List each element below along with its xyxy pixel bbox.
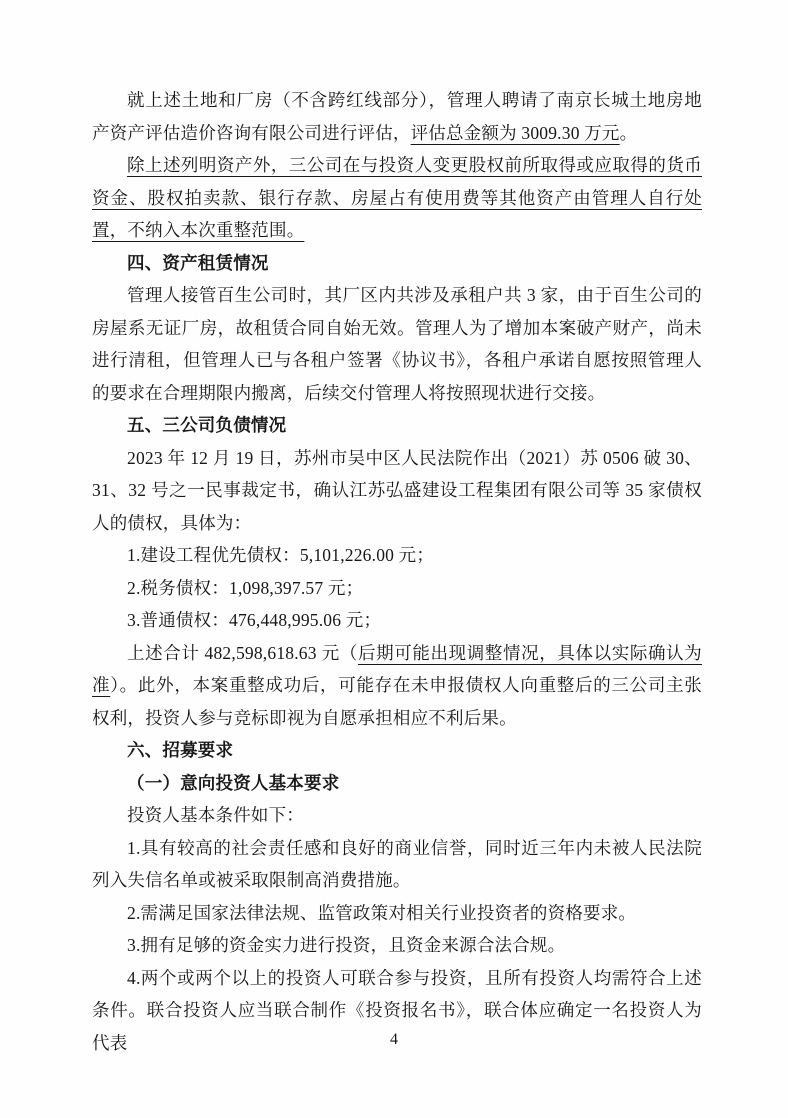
text-segment: 。 (620, 123, 638, 143)
text-segment: 上述合计 482,598,618.63 元（ (127, 643, 358, 663)
text-segment: ）。此外，本案重整成功后，可能存在未申报债权人向重整后的三公司主张权利，投资人参… (92, 675, 702, 728)
section-heading-asset-lease: 四、资产租赁情况 (92, 247, 702, 280)
page-number: 4 (0, 1028, 788, 1052)
heading-text: 五、三公司负债情况 (127, 415, 286, 435)
underlined-text: 除上述列明资产外，三公司在与投资人变更股权前所取得或应取得的货币资金、股权拍卖款… (92, 155, 702, 240)
page-content: 就上述土地和厂房（不含跨红线部分），管理人聘请了南京长城土地房地产资产评估造价咨… (92, 84, 702, 1059)
text-segment: 1.建设工程优先债权：5,101,226.00 元； (127, 545, 434, 565)
text-segment: 管理人接管百生公司时，其厂区内共涉及承租户共 3 家，由于百生公司的房屋系无证厂… (92, 285, 702, 403)
claim-item-ordinary: 3.普通债权：476,448,995.06 元； (92, 604, 702, 637)
section-heading-liabilities: 五、三公司负债情况 (92, 409, 702, 442)
condition-item-1: 1.具有较高的社会责任感和良好的商业信誉，同时近三年内未被人民法院列入失信名单或… (92, 832, 702, 897)
heading-text: 四、资产租赁情况 (127, 253, 269, 273)
claim-item-construction: 1.建设工程优先债权：5,101,226.00 元； (92, 539, 702, 572)
text-segment: 投资人基本条件如下： (127, 805, 304, 825)
asset-lease-paragraph: 管理人接管百生公司时，其厂区内共涉及承租户共 3 家，由于百生公司的房屋系无证厂… (92, 279, 702, 409)
condition-item-2: 2.需满足国家法律法规、监管政策对相关行业投资者的资格要求。 (92, 897, 702, 930)
text-segment: 3.拥有足够的资金实力进行投资，且资金来源合法合规。 (127, 935, 565, 955)
text-segment: 3.普通债权：476,448,995.06 元； (127, 610, 381, 630)
text-segment: 2.需满足国家法律法规、监管政策对相关行业投资者的资格要求。 (127, 903, 636, 923)
text-segment: 2.税务债权：1,098,397.57 元； (127, 578, 363, 598)
condition-item-3: 3.拥有足够的资金实力进行投资，且资金来源合法合规。 (92, 929, 702, 962)
section-heading-recruitment: 六、招募要求 (92, 734, 702, 767)
document-page: 就上述土地和厂房（不含跨红线部分），管理人聘请了南京长城土地房地产资产评估造价咨… (0, 0, 788, 1118)
text-segment: 2023 年 12 月 19 日，苏州市吴中区人民法院作出（2021）苏 050… (92, 448, 702, 533)
excluded-assets-paragraph: 除上述列明资产外，三公司在与投资人变更股权前所取得或应取得的货币资金、股权拍卖款… (92, 149, 702, 247)
court-ruling-paragraph: 2023 年 12 月 19 日，苏州市吴中区人民法院作出（2021）苏 050… (92, 442, 702, 540)
text-segment: 1.具有较高的社会责任感和良好的商业信誉，同时近三年内未被人民法院列入失信名单或… (92, 838, 702, 891)
heading-text: （一）意向投资人基本要求 (127, 773, 339, 793)
claims-total-paragraph: 上述合计 482,598,618.63 元（后期可能出现调整情况，具体以实际确认… (92, 637, 702, 735)
claim-item-tax: 2.税务债权：1,098,397.57 元； (92, 572, 702, 605)
investor-conditions-intro: 投资人基本条件如下： (92, 799, 702, 832)
valuation-paragraph: 就上述土地和厂房（不含跨红线部分），管理人聘请了南京长城土地房地产资产评估造价咨… (92, 84, 702, 149)
heading-text: 六、招募要求 (127, 740, 233, 760)
underlined-text: 评估总金额为 3009.30 万元 (411, 123, 620, 143)
subsection-heading-investor-requirements: （一）意向投资人基本要求 (92, 767, 702, 800)
